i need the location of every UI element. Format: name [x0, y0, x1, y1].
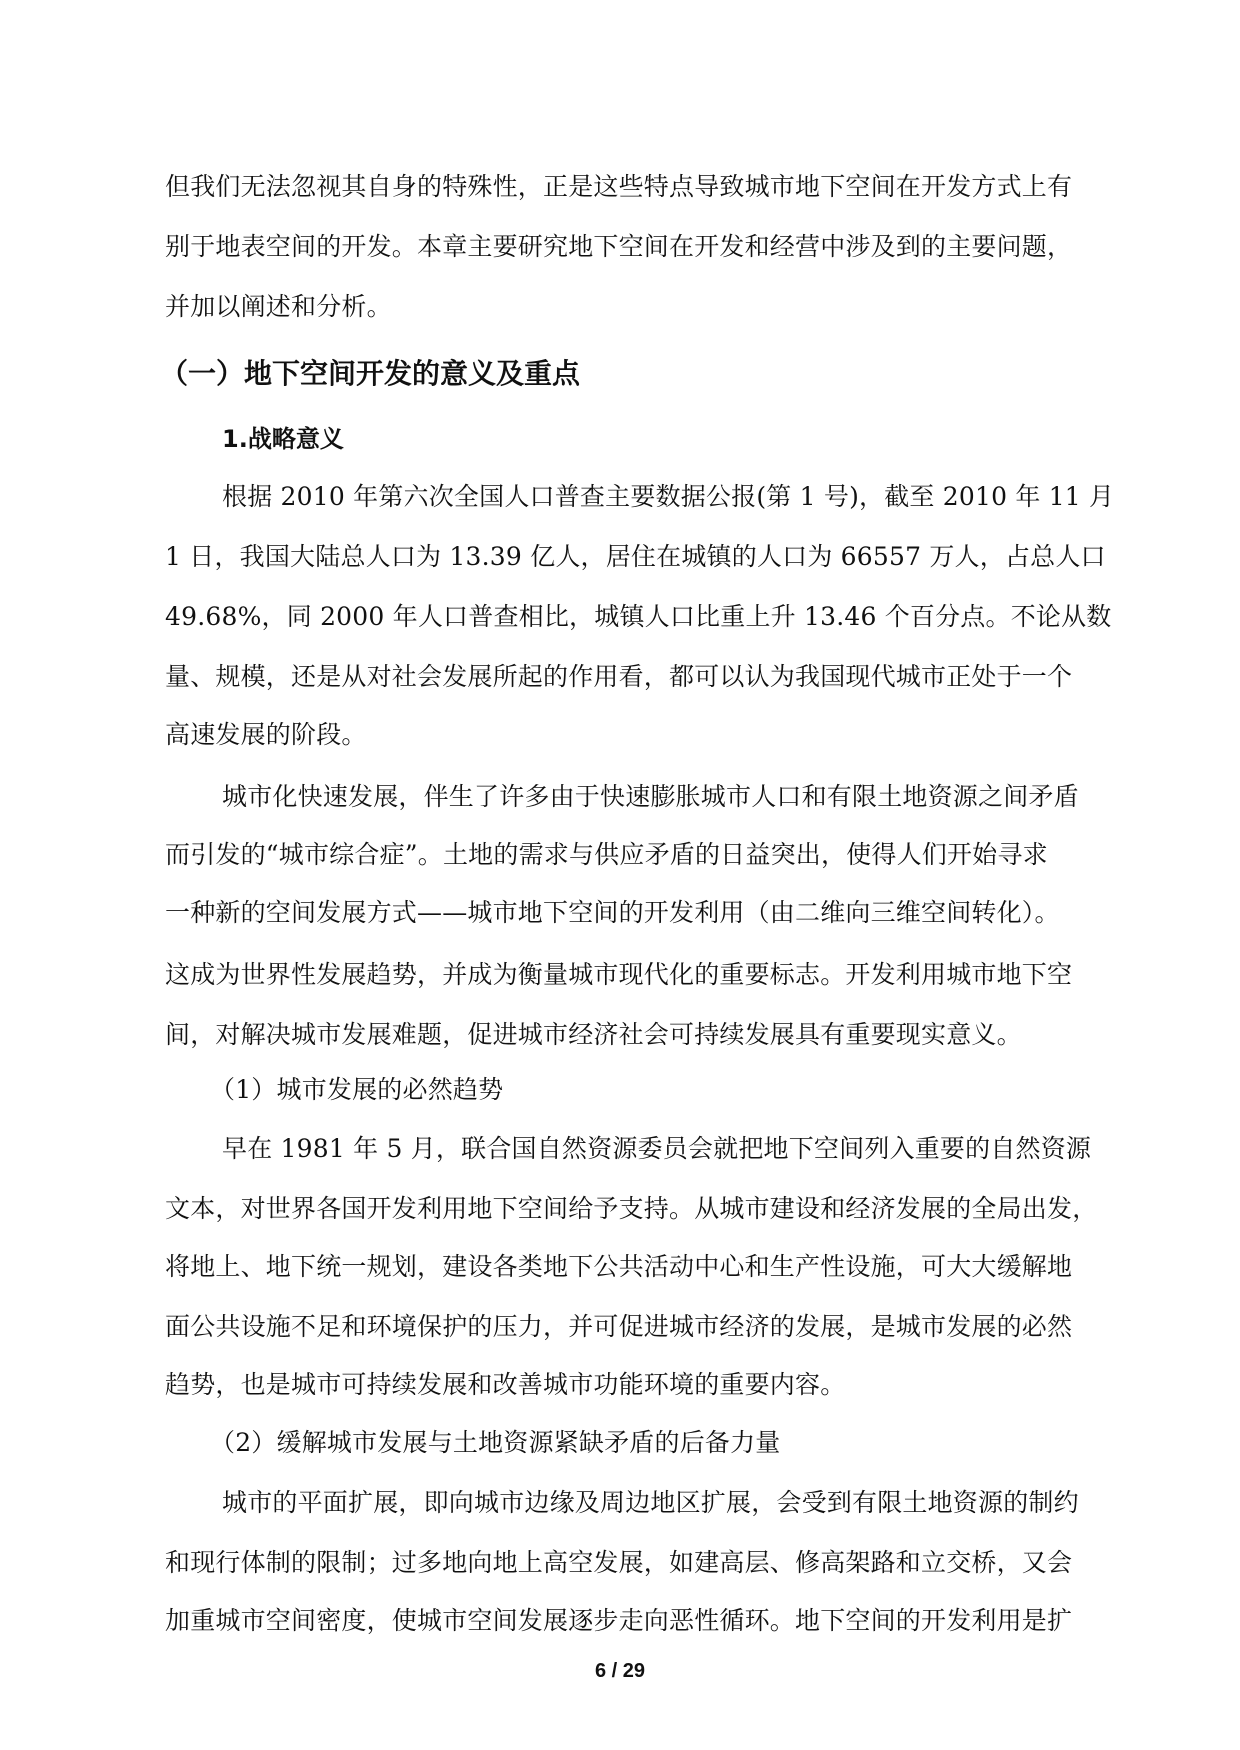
paragraph-line: 将地上、地下统一规划，建设各类地下公共活动中心和生产性设施，可大大缓解地: [165, 1250, 1075, 1284]
paragraph-line: 一种新的空间发展方式——城市地下空间的开发利用（由二维向三维空间转化）。: [165, 896, 1075, 930]
item-2-heading: （2）缓解城市发展与土地资源紧缺矛盾的后备力量: [210, 1426, 1120, 1460]
paragraph-line: 1 日，我国大陆总人口为 13.39 亿人，居住在城镇的人口为 66557 万人…: [165, 540, 1075, 574]
paragraph-line: 间，对解决城市发展难题，促进城市经济社会可持续发展具有重要现实意义。: [165, 1018, 1075, 1052]
paragraph-line: 趋势，也是城市可持续发展和改善城市功能环境的重要内容。: [165, 1368, 1075, 1402]
paragraph-line: 并加以阐述和分析。: [165, 290, 1075, 324]
paragraph-line: 这成为世界性发展趋势，并成为衡量城市现代化的重要标志。开发利用城市地下空: [165, 958, 1075, 992]
paragraph-line: 城市的平面扩展，即向城市边缘及周边地区扩展，会受到有限土地资源的制约: [222, 1486, 1075, 1520]
paragraph-line: 加重城市空间密度，使城市空间发展逐步走向恶性循环。地下空间的开发利用是扩: [165, 1604, 1075, 1638]
paragraph-line: 和现行体制的限制；过多地向地上高空发展，如建高层、修高架路和立交桥，又会: [165, 1546, 1075, 1580]
paragraph-line: 根据 2010 年第六次全国人口普查主要数据公报(第 1 号)，截至 2010 …: [222, 480, 1075, 514]
page-number: 6 / 29: [0, 1660, 1240, 1683]
item-1-heading: （1）城市发展的必然趋势: [210, 1073, 1120, 1107]
paragraph-line: 别于地表空间的开发。本章主要研究地下空间在开发和经营中涉及到的主要问题，: [165, 230, 1075, 264]
paragraph-line: 文本，对世界各国开发利用地下空间给予支持。从城市建设和经济发展的全局出发，: [165, 1192, 1075, 1226]
paragraph-line: 而引发的“城市综合症”。土地的需求与供应矛盾的日益突出，使得人们开始寻求: [165, 838, 1075, 872]
paragraph-line: 城市化快速发展，伴生了许多由于快速膨胀城市人口和有限土地资源之间矛盾: [222, 780, 1075, 814]
paragraph-line: 49.68%，同 2000 年人口普查相比，城镇人口比重上升 13.46 个百分…: [165, 600, 1075, 634]
paragraph-line: 高速发展的阶段。: [165, 718, 1075, 752]
section-heading: （一）地下空间开发的意义及重点: [160, 355, 580, 393]
paragraph-line: 面公共设施不足和环境保护的压力，并可促进城市经济的发展，是城市发展的必然: [165, 1310, 1075, 1344]
subsection-heading: 1.战略意义: [222, 422, 344, 456]
paragraph-line: 量、规模，还是从对社会发展所起的作用看，都可以认为我国现代城市正处于一个: [165, 660, 1075, 694]
paragraph-line: 早在 1981 年 5 月，联合国自然资源委员会就把地下空间列入重要的自然资源: [222, 1132, 1075, 1166]
document-page: 但我们无法忽视其自身的特殊性，正是这些特点导致城市地下空间在开发方式上有 别于地…: [0, 0, 1240, 1750]
paragraph-line: 但我们无法忽视其自身的特殊性，正是这些特点导致城市地下空间在开发方式上有: [165, 170, 1075, 204]
